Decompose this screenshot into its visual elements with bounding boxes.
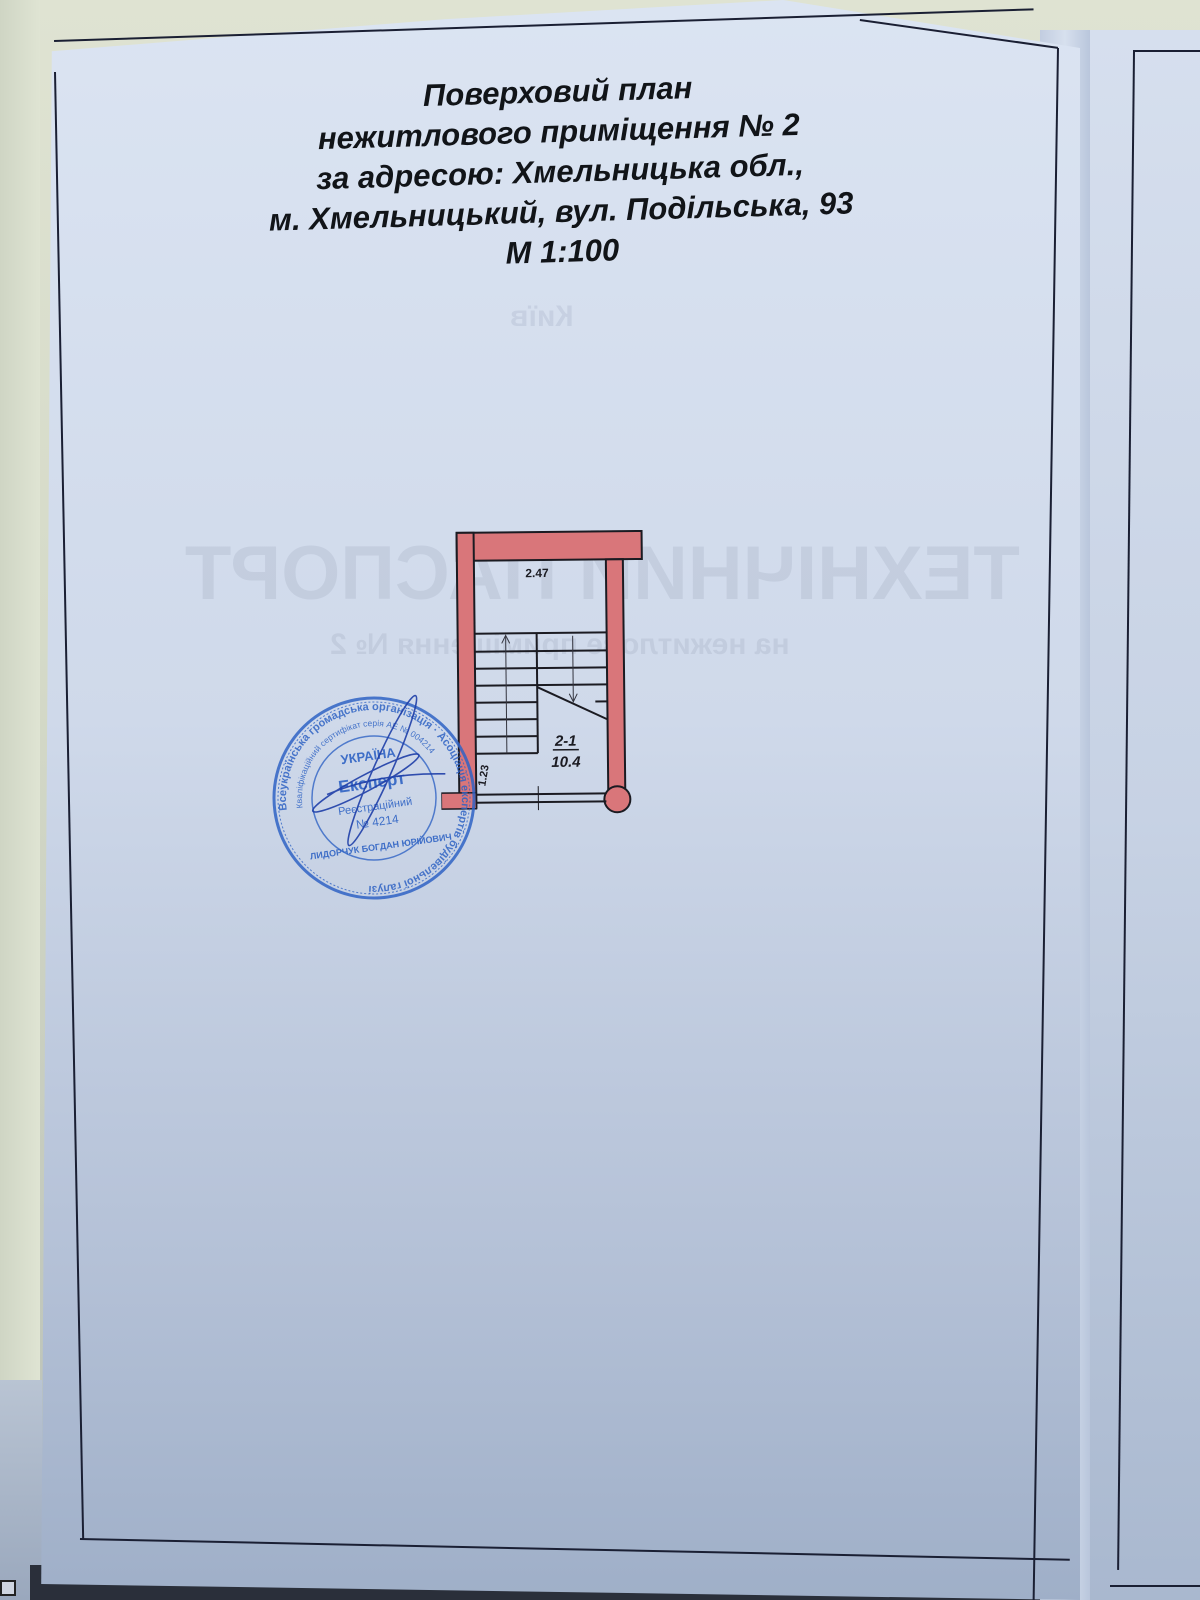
adjacent-page — [1080, 30, 1200, 1600]
stairs — [475, 632, 608, 753]
expert-seal-stamp: Всеукраїнська громадська організація · А… — [254, 678, 493, 917]
room-id: 2-1 — [554, 733, 577, 750]
room-area: 10.4 — [551, 754, 581, 771]
stamp-name: ЛИДОРЧУК БОГДАН ЮРІЙОВИЧ — [309, 831, 452, 862]
plan-title: Поверховий план нежитлового приміщення №… — [147, 60, 973, 284]
show-through-city: Київ — [510, 300, 574, 334]
adjacent-frame-bottom — [1110, 1585, 1200, 1587]
dimension-top: 2.47 — [525, 566, 549, 580]
corner-mark-icon — [0, 1580, 16, 1596]
background-surface — [0, 0, 40, 1600]
adjacent-frame-top — [1133, 50, 1200, 52]
